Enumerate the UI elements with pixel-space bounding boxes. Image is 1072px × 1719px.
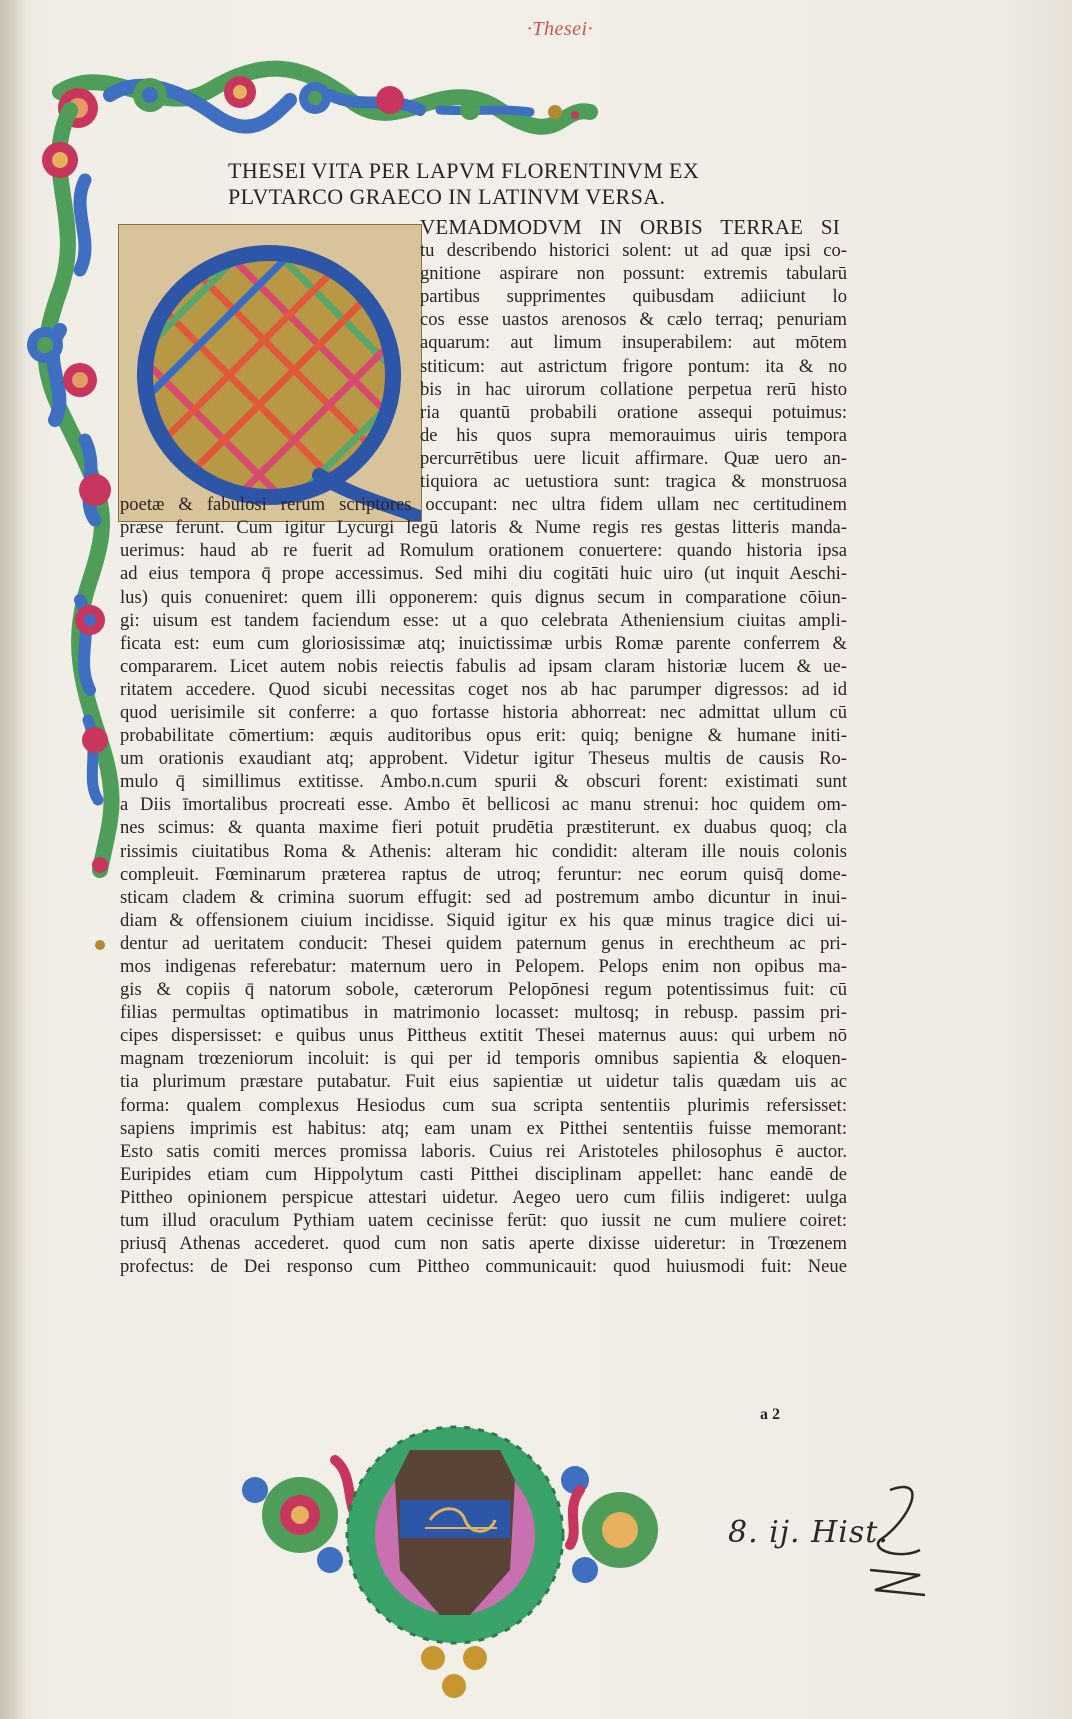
text-line: Pittheo opinionem perspicue attestari ui… (120, 1186, 847, 1209)
text-line: ficata est: eum cum gloriosissimæ atq; i… (120, 632, 847, 655)
text-line: ad eius tempora q̄ prope accessimus. Sed… (120, 562, 847, 585)
text-line: tia plurimum præstare putabatur. Fuit ei… (120, 1070, 847, 1093)
text-line: sticam cladem & crimina suorum effugit: … (120, 886, 847, 909)
text-line: mulo q̄ simillimus extitisse. Ambo.n.cum… (120, 770, 847, 793)
text-line: rissimis ciuitatibus Roma & Athenis: alt… (120, 840, 847, 863)
text-line: præse ferunt. Cum igitur Lycurgi legū la… (120, 516, 847, 539)
text-line: VEMADMODVM IN ORBIS TERRAE SI (420, 216, 840, 239)
text-line: quod uerisimile sit conferre: a quo fort… (120, 701, 847, 724)
incunable-page: ·Thesei· (0, 0, 1072, 1719)
text-line: tiquiora ac uetustiora sunt: tragica & m… (420, 470, 847, 493)
text-line: percurrētibus uere licuit affirmare. Quæ… (420, 447, 847, 470)
text-line: cos esse uastos arenosos & cælo terraq; … (420, 308, 847, 331)
text-line: aquarum: aut limum insuperabilem: aut mō… (420, 331, 847, 354)
text-line: cipes dispersisset: e quibus unus Pitthe… (120, 1024, 847, 1047)
text-line: compleuit. Fœminarum præterea raptus de … (120, 863, 847, 886)
coat-of-arms-wreath (235, 1420, 675, 1710)
top-border-vine (58, 69, 590, 128)
text-line: gi: uisum est tandem faciendum esse: ut … (120, 609, 847, 632)
text-line: partibus supprimentes quibusdam adiiciun… (420, 285, 847, 308)
text-line: stiticum: aut astrictum frigore pontum: … (420, 355, 847, 378)
text-line: priusq̄ Athenas accederet. quod cum non … (120, 1232, 847, 1255)
text-line: tu describendo historici solent: ut ad q… (420, 239, 847, 262)
text-line: de his quos supra memorauimus uiris temp… (420, 424, 847, 447)
text-line: Esto satis comiti merces promissa labori… (120, 1140, 847, 1163)
text-line: gnitione aspirare non possunt: extremis … (420, 262, 847, 285)
text-line: lus) quis conueniret: quem illi opponere… (120, 586, 847, 609)
text-line: uerimus: haud ab re fuerit ad Romulum or… (120, 539, 847, 562)
signature-mark: a 2 (760, 1406, 780, 1424)
text-line: ria quantū probabili oratione assequi po… (420, 401, 847, 424)
text-line: Euripides etiam cum Hippolytum casti Pit… (120, 1163, 847, 1186)
text-line: dentur ad ueritatem conducit: Thesei qui… (120, 932, 847, 955)
left-acanthus-scroll (242, 1460, 360, 1573)
title-line-1: THESEI VITA PER LAPVM FLORENTINVM EX (228, 158, 788, 184)
text-line: profectus: de Dei responso cum Pittheo c… (120, 1255, 847, 1278)
gold-bezants (421, 1646, 487, 1698)
text-line: magnam trœzeniorum incoluit: is qui per … (120, 1047, 847, 1070)
text-line: probabilitate cōmertium: æquis auditorib… (120, 724, 847, 747)
right-acanthus-scroll (561, 1466, 658, 1583)
title-line-2: PLVTARCO GRAECO IN LATINVM VERSA. (228, 184, 788, 210)
text-line: um orationis exaudiant atq; approbent. V… (120, 747, 847, 770)
text-line: forma: qualem complexus Hesiodus cum sua… (120, 1094, 847, 1117)
text-line: compararem. Licet autem nobis reiectis f… (120, 655, 847, 678)
text-line: diam & offensionem ciuium incidisse. Siq… (120, 909, 847, 932)
text-line: ritatem accedere. Quod sicubi necessitas… (120, 678, 847, 701)
book-title: THESEI VITA PER LAPVM FLORENTINVM EX PLV… (228, 158, 788, 210)
text-line: mos indigenas referebatur: maternum uero… (120, 955, 847, 978)
text-line: a Diis īmortalibus procreati esse. Ambo … (120, 793, 847, 816)
text-line: filias permultas optimatibus in matrimon… (120, 1001, 847, 1024)
text-line: sapiens imprimis est habitus: atq; eam u… (120, 1117, 847, 1140)
text-line: tum illud oraculum Pythiam uatem cecinis… (120, 1209, 847, 1232)
text-line: bis in hac uirorum collatione perpetua r… (420, 378, 847, 401)
text-line: gis & copiis q̄ natorum sobole, cæteroru… (120, 978, 847, 1001)
text-line: nes scimus: & quanta maxime fieri potuit… (120, 816, 847, 839)
left-border-vine (27, 110, 112, 950)
shelfmark-flourish (850, 1480, 940, 1610)
body-text: VEMADMODVM IN ORBIS TERRAE SI tu describ… (120, 216, 847, 1278)
text-line: poetæ & fabulosi rerum scriptores occupa… (120, 493, 847, 516)
